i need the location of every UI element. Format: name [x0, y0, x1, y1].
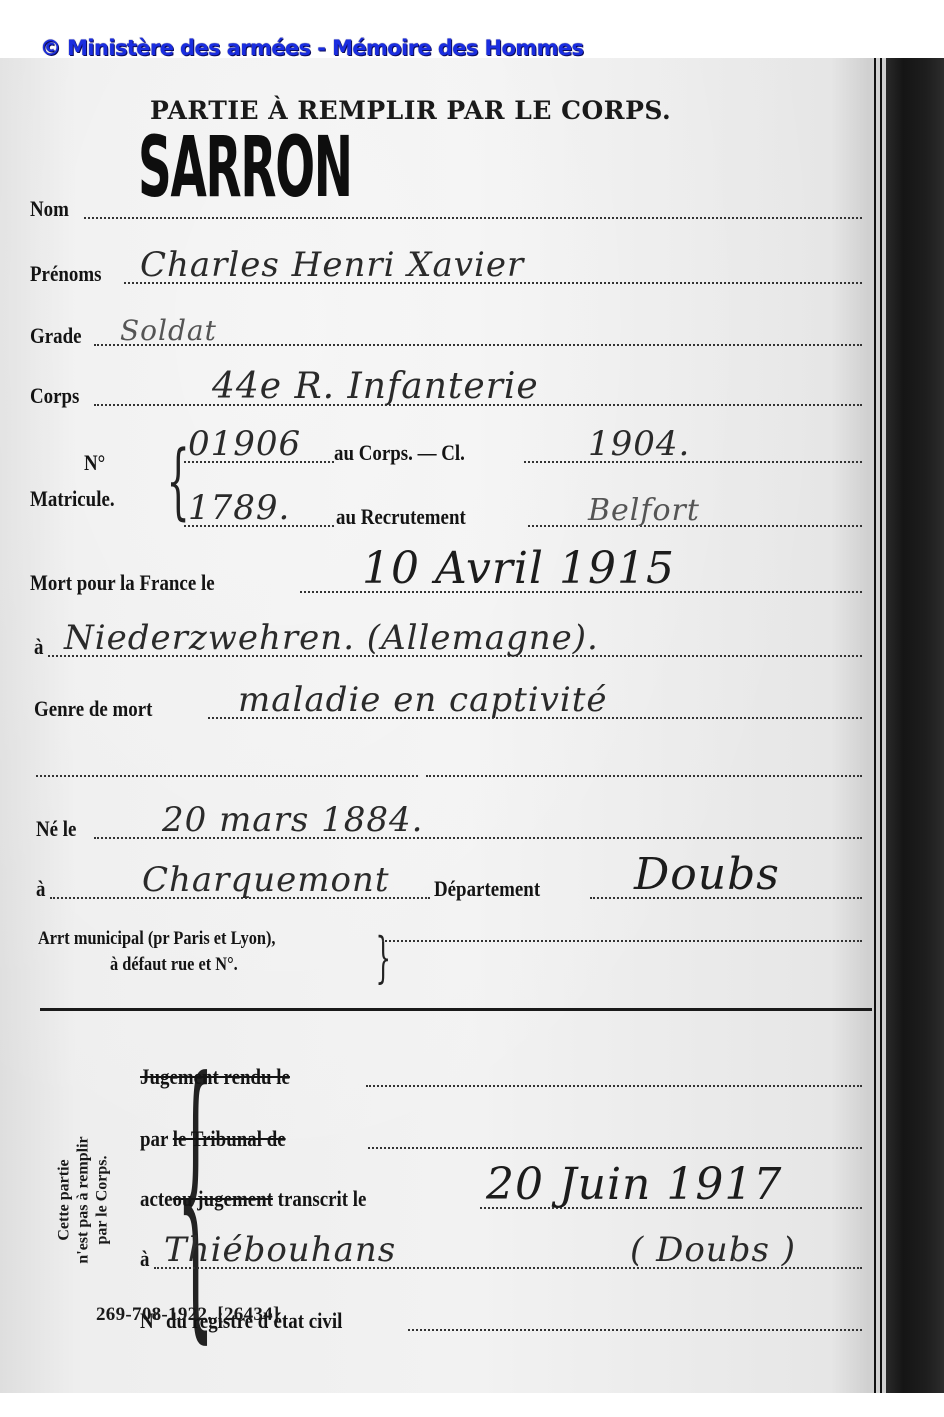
label-tribunal: par le Tribunal de [140, 1126, 286, 1152]
label-nom: Nom [30, 196, 69, 222]
value-mort-a: Niederzwehren. (Allemagne). [64, 618, 599, 658]
binding-spine [886, 58, 944, 1393]
side-note-line: par le Corps. [93, 1136, 112, 1263]
death-record-card: PARTIE À REMPLIR PAR LE CORPS. SARRON No… [0, 58, 944, 1393]
value-genre-mort: maladie en captivité [238, 680, 608, 720]
value-transcrit-dept: ( Doubs ) [630, 1230, 796, 1270]
label-transcrit-plain: acte [140, 1186, 173, 1211]
label-genre-mort: Genre de mort [34, 696, 152, 722]
field-ne-le: Né le 20 mars 1884. [30, 806, 862, 846]
card-border-line [874, 58, 876, 1393]
field-transcrit: acteou jugement transcrit le 20 Juin 191… [140, 1176, 862, 1216]
value-corps: 44e R. Infanterie [212, 366, 539, 407]
label-transcrit: acteou jugement transcrit le [140, 1186, 366, 1212]
label-mort-a: à [34, 634, 43, 660]
label-prenoms: Prénoms [30, 261, 101, 287]
dotted-line [366, 1085, 862, 1087]
value-transcrit: 20 Juin 1917 [486, 1159, 782, 1210]
field-mort-a: à Niederzwehren. (Allemagne). [30, 624, 862, 664]
label-arrondissement-2: à défaut rue et N°. [110, 954, 238, 976]
label-matricule-no: N° [84, 450, 105, 476]
field-grade: Grade Soldat [30, 313, 862, 353]
label-mort-le: Mort pour la France le [30, 570, 215, 596]
label-matricule: Matricule. [30, 486, 115, 512]
label-tribunal-plain: par [140, 1126, 168, 1151]
field-nom: Nom [30, 186, 862, 226]
label-transcrit-plain: transcrit le [278, 1186, 367, 1211]
label-arrondissement-1: Arrt municipal (pr Paris et Lyon), [38, 928, 276, 950]
side-note-line: Cette partie [55, 1136, 74, 1263]
card-border-line [880, 58, 882, 1393]
field-jugement: Jugement rendu le [140, 1054, 862, 1094]
label-jugement: Jugement rendu le [140, 1064, 290, 1090]
copyright-watermark: © Ministère des armées - Mémoire des Hom… [40, 36, 583, 60]
dotted-line [426, 775, 862, 777]
side-note-line: n'est pas à remplir [74, 1136, 93, 1263]
dotted-line [382, 940, 862, 942]
dotted-line [84, 217, 862, 219]
label-au-recrutement: au Recrutement [336, 504, 466, 530]
value-classe: 1904. [588, 424, 690, 464]
field-matricule-recrutement: 1789. au Recrutement Belfort [178, 494, 862, 534]
field-prenoms: Prénoms Charles Henri Xavier [30, 251, 862, 291]
print-reference: 269-708-1922. [26434] [96, 1304, 280, 1326]
field-continuation [30, 744, 862, 784]
dotted-line [368, 1147, 862, 1149]
label-transcrit-a: à [140, 1246, 149, 1272]
field-corps: Corps 44e R. Infanterie [30, 373, 862, 413]
section-divider [40, 1008, 872, 1011]
label-au-corps: au Corps. — Cl. [334, 440, 465, 466]
dotted-line [524, 461, 862, 463]
dotted-line [36, 775, 418, 777]
label-ne-le: Né le [36, 816, 76, 842]
label-tribunal-struck: le Tribunal de [173, 1126, 286, 1151]
value-transcrit-a: Thiébouhans [164, 1230, 396, 1270]
label-transcrit-struck: ou jugement [173, 1186, 273, 1211]
field-ne-a: à Charquemont Département Doubs [30, 866, 862, 906]
side-note: Cette partie n'est pas à remplir par le … [38, 1100, 128, 1300]
brace: } [375, 926, 390, 989]
field-genre-mort: Genre de mort maladie en captivité [30, 686, 862, 726]
value-matricule-corps: 01906 [188, 424, 301, 464]
field-tribunal: par le Tribunal de [140, 1116, 862, 1156]
value-mort-le: 10 Avril 1915 [362, 543, 675, 594]
value-prenoms: Charles Henri Xavier [140, 245, 524, 285]
field-mort-le: Mort pour la France le 10 Avril 1915 [30, 560, 862, 600]
field-matricule-corps: 01906 au Corps. — Cl. 1904. [178, 430, 862, 470]
value-recrutement: Belfort [588, 493, 700, 528]
dotted-line [408, 1329, 862, 1331]
value-grade: Soldat [120, 314, 217, 347]
label-ne-a: à [36, 876, 45, 902]
value-departement: Doubs [634, 849, 780, 900]
label-grade: Grade [30, 323, 82, 349]
value-ne-le: 20 mars 1884. [162, 800, 423, 840]
field-transcrit-a: à Thiébouhans ( Doubs ) [140, 1236, 862, 1276]
value-ne-a: Charquemont [142, 860, 390, 900]
label-corps: Corps [30, 383, 79, 409]
value-matricule-recrutement: 1789. [188, 488, 290, 528]
label-departement: Département [434, 876, 540, 902]
